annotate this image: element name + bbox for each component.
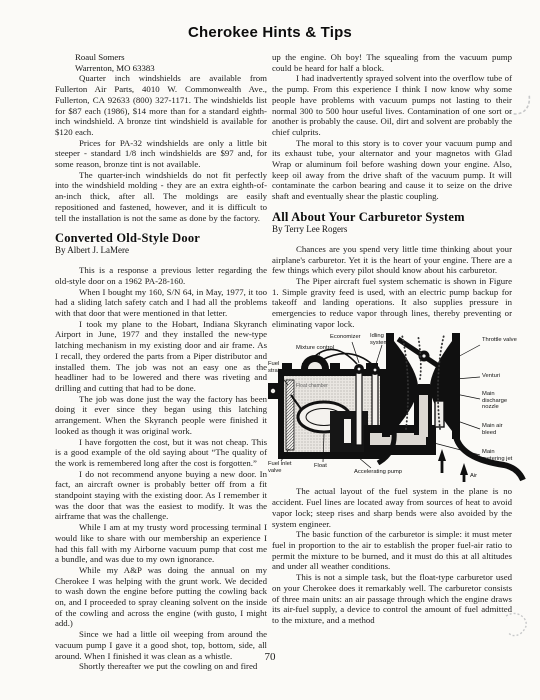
author-address: Roaul Somers Warrenton, MO 63383 (75, 52, 267, 73)
paragraph: The Piper aircraft fuel system schematic… (272, 276, 512, 330)
label-main-air-bleed: Main air bleed (482, 423, 518, 436)
paragraph: When I bought my 160, S/N 64, in May, 19… (55, 287, 267, 319)
label-air: Air (470, 473, 490, 479)
label-mixture-control: Mixture control (296, 345, 344, 351)
paragraph: up the engine. Oh boy! The squealing fro… (272, 52, 512, 73)
paragraph: I took my plane to the Hobart, Indiana S… (55, 319, 267, 394)
label-fuel-strainer: Fuel strainer (268, 361, 292, 374)
label-main-discharge-nozzle: Main discharge nozzle (482, 391, 518, 410)
paragraph: The job was done just the way the factor… (55, 394, 267, 437)
label-idling-system: Idling system (370, 333, 396, 346)
paragraph: While my A&P was doing the annual on my … (55, 565, 267, 629)
paragraph: Quarter inch windshields are available f… (55, 73, 267, 137)
paragraph: The quarter-inch windshields do not fit … (55, 170, 267, 224)
author-name: Roaul Somers (75, 52, 267, 63)
label-throttle-valve: Throttle valve (482, 337, 522, 343)
document-page: Cherokee Hints & Tips Roaul Somers Warre… (0, 0, 540, 700)
label-float: Float (314, 463, 344, 469)
label-venturi: Venturi (482, 373, 522, 379)
label-float-chamber: Float chamber (296, 383, 356, 389)
left-column: Roaul Somers Warrenton, MO 63383 Quarter… (55, 52, 267, 672)
paragraph: I had inadvertently sprayed solvent into… (272, 73, 512, 137)
section-byline: By Albert J. LaMere (55, 245, 267, 256)
paragraph: The moral to this story is to cover your… (272, 138, 512, 202)
page-number: 70 (0, 651, 540, 663)
label-accelerating-pump: Accelerating pump (354, 469, 410, 475)
scan-artifact (500, 606, 534, 642)
label-fuel-inlet-valve: Fuel inlet valve (268, 461, 294, 474)
carburetor-figure: Fuel strainer Mixture control Economizer… (268, 333, 530, 483)
paragraph: I do not recommend anyone buying a new d… (55, 469, 267, 523)
paragraph: The actual layout of the fuel system in … (272, 486, 512, 529)
right-column: up the engine. Oh boy! The squealing fro… (272, 52, 512, 626)
label-economizer: Economizer (330, 334, 372, 340)
paragraph: The basic function of the carburetor is … (272, 529, 512, 572)
section-heading-converted-door: Converted Old-Style Door (55, 231, 267, 245)
paragraph: This is a response a previous letter reg… (55, 265, 267, 286)
paragraph: This is not a simple task, but the float… (272, 572, 512, 626)
paragraph: Chances are you spend very little time t… (272, 244, 512, 276)
page-title: Cherokee Hints & Tips (0, 24, 540, 41)
section-heading-carburetor: All About Your Carburetor System (272, 210, 512, 224)
section-byline: By Terry Lee Rogers (272, 224, 512, 235)
label-main-metering-jet: Main metering jet (482, 449, 518, 462)
paragraph: While I am at my trusty word processing … (55, 522, 267, 565)
paragraph: Prices for PA-32 windshields are only a … (55, 138, 267, 170)
paragraph: I have forgotten the cost, but it was no… (55, 437, 267, 469)
scan-artifact (505, 86, 535, 120)
author-city: Warrenton, MO 63383 (75, 63, 267, 74)
